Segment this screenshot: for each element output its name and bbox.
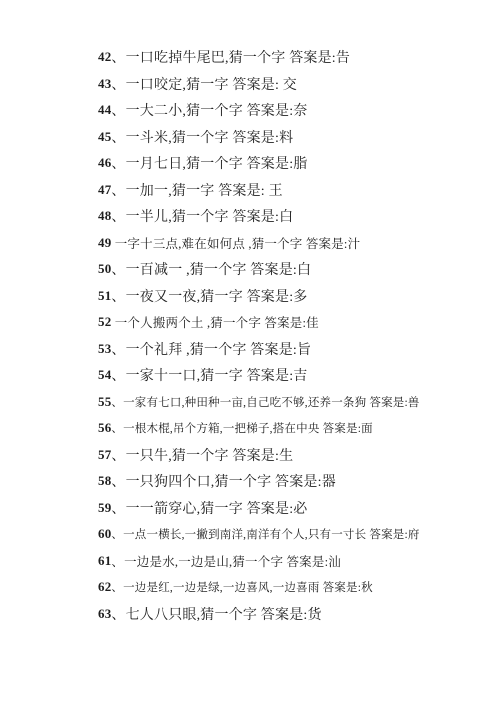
riddle-number: 59: [98, 500, 111, 516]
riddle-number: 48: [98, 208, 111, 224]
riddle-text: 、一点一横长,一撇到南洋,南洋有个人,只有一寸长 答案是:府: [111, 526, 419, 542]
riddle-number: 43: [98, 76, 111, 92]
riddle-text: 一个人搬两个土 ,猜一个字 答案是:佳: [111, 313, 318, 331]
riddle-number: 45: [98, 129, 111, 145]
riddle-text: 、一边是红,一边是绿,一边喜风,一边喜雨 答案是:秋: [111, 579, 372, 595]
riddle-line: 44、一大二小,猜一个字 答案是:奈: [98, 97, 482, 124]
riddle-text: 、一个礼拜 ,猜一个字 答案是:旨: [111, 339, 311, 359]
riddle-text: 、一夜又一夜,猜一字 答案是:多: [111, 286, 307, 306]
riddle-number: 53: [98, 341, 111, 357]
riddle-line: 48、一半儿,猜一个字 答案是:白: [98, 203, 482, 230]
document-page: 42、一口吃掉牛尾巴,猜一个字 答案是:告43、一口咬定,猜一字 答案是: 交4…: [0, 0, 500, 707]
riddle-number: 57: [98, 447, 111, 463]
riddle-line: 43、一口咬定,猜一字 答案是: 交: [98, 71, 482, 98]
riddle-line: 60、一点一横长,一撇到南洋,南洋有个人,只有一寸长 答案是:府: [98, 521, 482, 548]
riddle-line: 47、一加一,猜一字 答案是: 王: [98, 177, 482, 204]
riddle-number: 51: [98, 288, 111, 304]
riddle-number: 52: [98, 314, 111, 330]
riddle-number: 46: [98, 155, 111, 171]
riddle-text: 、七人八只眼,猜一个字 答案是:货: [111, 604, 321, 624]
riddle-line: 63、七人八只眼,猜一个字 答案是:货: [98, 601, 482, 628]
riddle-number: 58: [98, 473, 111, 489]
riddle-text: 、一家十一口,猜一字 答案是:吉: [111, 365, 307, 385]
riddle-line: 58、一只狗四个口,猜一个字 答案是:器: [98, 468, 482, 495]
riddle-number: 44: [98, 102, 111, 118]
riddle-number: 50: [98, 261, 111, 277]
riddle-text: 、一加一,猜一字 答案是: 王: [111, 180, 282, 200]
riddle-number: 62: [98, 579, 111, 595]
riddle-text: 、一只狗四个口,猜一个字 答案是:器: [111, 471, 336, 491]
riddle-text: 、一大二小,猜一个字 答案是:奈: [111, 100, 307, 120]
riddle-line: 55、一家有七口,种田种一亩,自己吃不够,还养一条狗 答案是:兽: [98, 389, 482, 416]
riddle-text: 、一只牛,猜一个字 答案是:生: [111, 445, 293, 465]
riddle-text: 一字十三点,难在如何点 ,猜一个字 答案是:汁: [111, 234, 360, 252]
riddle-number: 61: [98, 553, 111, 569]
riddle-number: 49: [98, 235, 111, 251]
riddle-text: 、一家有七口,种田种一亩,自己吃不够,还养一条狗 答案是:兽: [111, 394, 419, 410]
riddle-line: 61、一边是水,一边是山,猜一个字 答案是:汕: [98, 548, 482, 575]
riddle-list: 42、一口吃掉牛尾巴,猜一个字 答案是:告43、一口咬定,猜一字 答案是: 交4…: [98, 44, 482, 627]
riddle-text: 、一口咬定,猜一字 答案是: 交: [111, 74, 297, 94]
riddle-line: 42、一口吃掉牛尾巴,猜一个字 答案是:告: [98, 44, 482, 71]
riddle-number: 55: [98, 394, 111, 410]
riddle-text: 、一一箭穿心,猜一字 答案是:必: [111, 498, 307, 518]
riddle-line: 52 一个人搬两个土 ,猜一个字 答案是:佳: [98, 309, 482, 336]
riddle-line: 50、一百减一 ,猜一个字 答案是:白: [98, 256, 482, 283]
riddle-number: 63: [98, 606, 111, 622]
riddle-line: 59、一一箭穿心,猜一字 答案是:必: [98, 495, 482, 522]
riddle-text: 、一斗米,猜一个字 答案是:料: [111, 127, 293, 147]
riddle-text: 、一根木棍,吊个方箱,一把梯子,搭在中央 答案是:面: [111, 420, 372, 436]
riddle-text: 、一口吃掉牛尾巴,猜一个字 答案是:告: [111, 47, 350, 67]
riddle-line: 46、一月七日,猜一个字 答案是:脂: [98, 150, 482, 177]
riddle-line: 53、一个礼拜 ,猜一个字 答案是:旨: [98, 336, 482, 363]
riddle-line: 57、一只牛,猜一个字 答案是:生: [98, 442, 482, 469]
riddle-text: 、一月七日,猜一个字 答案是:脂: [111, 153, 307, 173]
riddle-line: 49 一字十三点,难在如何点 ,猜一个字 答案是:汁: [98, 230, 482, 257]
riddle-number: 47: [98, 182, 111, 198]
riddle-line: 56、一根木棍,吊个方箱,一把梯子,搭在中央 答案是:面: [98, 415, 482, 442]
riddle-text: 、一半儿,猜一个字 答案是:白: [111, 206, 293, 226]
riddle-line: 51、一夜又一夜,猜一字 答案是:多: [98, 283, 482, 310]
riddle-number: 42: [98, 49, 111, 65]
riddle-text: 、一边是水,一边是山,猜一个字 答案是:汕: [111, 552, 341, 570]
riddle-line: 62、一边是红,一边是绿,一边喜风,一边喜雨 答案是:秋: [98, 574, 482, 601]
riddle-text: 、一百减一 ,猜一个字 答案是:白: [111, 259, 311, 279]
riddle-number: 56: [98, 420, 111, 436]
riddle-number: 60: [98, 526, 111, 542]
riddle-line: 45、一斗米,猜一个字 答案是:料: [98, 124, 482, 151]
riddle-number: 54: [98, 367, 111, 383]
riddle-line: 54、一家十一口,猜一字 答案是:吉: [98, 362, 482, 389]
